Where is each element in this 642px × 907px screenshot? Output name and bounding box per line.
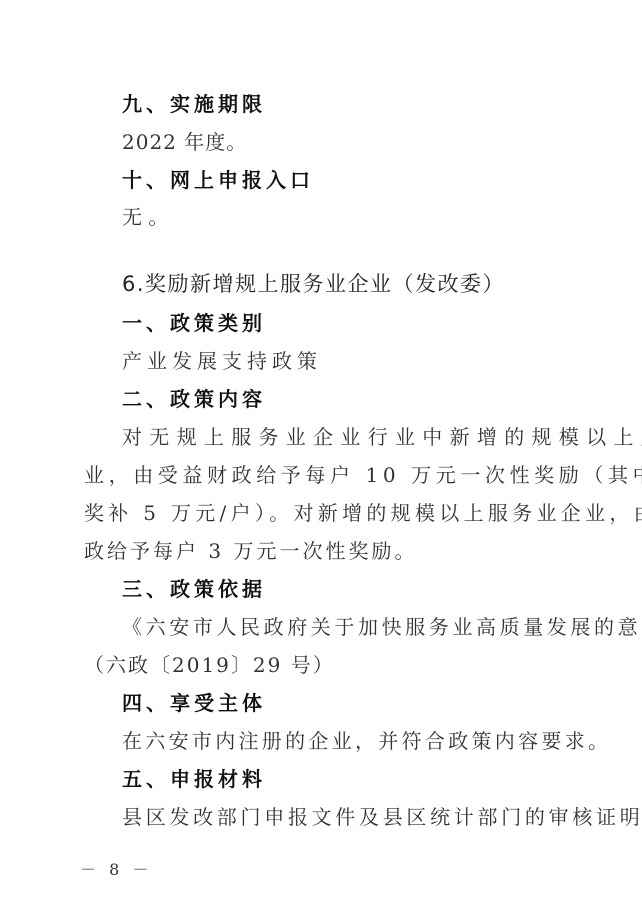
implementation-period-text: 2022 年度。 xyxy=(122,130,247,154)
policy-content-line-3: 奖补 5 万元/户）。对新增的规模以上服务业企业，由受益财 xyxy=(84,501,642,525)
heading-application-materials: 五、申报材料 xyxy=(122,767,266,791)
heading-policy-basis: 三、政策依据 xyxy=(122,577,266,601)
policy-basis-line-1: 《六安市人民政府关于加快服务业高质量发展的意见》 xyxy=(122,615,642,639)
eligible-subject-text: 在六安市内注册的企业，并符合政策内容要求。 xyxy=(122,729,611,753)
policy-content-line-1: 对无规上服务业企业行业中新增的规模以上服务业企 xyxy=(122,425,642,449)
policy-category-text: 产业发展支持政策 xyxy=(122,349,322,373)
online-entry-text: 无。 xyxy=(122,205,175,229)
document-page: 九、实施期限 2022 年度。 十、网上申报入口 无。 6.奖励新增规上服务业企… xyxy=(0,0,642,907)
application-materials-text: 县区发改部门申报文件及县区统计部门的审核证明材料。 xyxy=(122,805,642,829)
heading-policy-category: 一、政策类别 xyxy=(122,311,266,335)
page-number: － 8 － xyxy=(80,858,152,882)
section-title: 6.奖励新增规上服务业企业（发改委） xyxy=(122,272,505,296)
heading-implementation-period: 九、实施期限 xyxy=(122,92,266,116)
policy-basis-line-2: （六政〔2019〕29 号） xyxy=(84,653,335,677)
policy-content-line-4: 政给予每户 3 万元一次性奖励。 xyxy=(84,539,417,563)
heading-online-entry: 十、网上申报入口 xyxy=(122,168,314,192)
heading-policy-content: 二、政策内容 xyxy=(122,387,266,411)
policy-content-line-2: 业，由受益财政给予每户 10 万元一次性奖励（其中市财政 xyxy=(84,463,642,487)
heading-eligible-subject: 四、享受主体 xyxy=(122,691,266,715)
